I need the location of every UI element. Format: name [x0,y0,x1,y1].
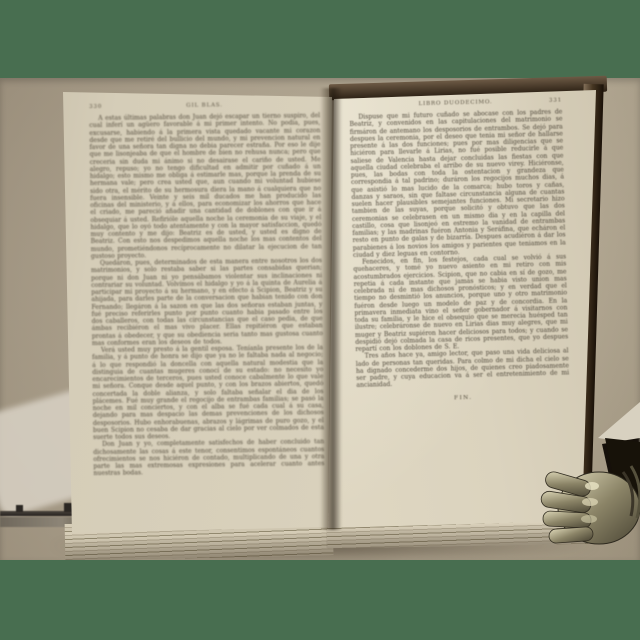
metal-gauntlet [535,436,640,558]
right-page-text: LIBRO DUODECIMO. 331 Dispuse que mi futu… [349,97,571,454]
right-page-body: Dispuse que mi futuro cuñado se abocase … [349,108,569,389]
head-spacer [349,106,371,107]
book-photograph: 330 GIL BLAS. A estas últimas palabras d… [0,0,640,640]
knuckle-highlight [582,498,598,506]
running-head-title: GIL BLAS. [111,101,298,109]
paragraph: Verá usted muy presto á la gentil esposa… [92,344,324,441]
end-mark-fin: FIN. [357,392,570,404]
paragraph: A estas últimas palabras don Juan dejó e… [89,112,322,260]
left-page-number: 330 [89,104,111,110]
knuckle-highlight [585,482,599,490]
rifle-sight [16,505,23,512]
green-backdrop-bottom [0,560,640,640]
left-page-text: 330 GIL BLAS. A estas últimas palabras d… [89,101,325,502]
knuckle-highlight [581,515,597,523]
green-backdrop-top [0,0,640,78]
left-page-body: A estas últimas palabras don Juan dejó e… [89,112,324,477]
paragraph: Tres años hace ya, amigo lector, que pas… [356,348,570,390]
paragraph: Dispuse que mi futuro cuñado se abocase … [349,108,566,259]
paragraph: Don Juan y yo, completamente satisfechos… [93,438,324,477]
right-page-number: 331 [540,97,562,104]
gauntlet-finger [549,526,594,543]
paragraph: Fenecidos, en fin, los festejos, cada cu… [353,253,568,353]
paragraph: Quedáron, pues, determinados de esta man… [91,257,323,347]
